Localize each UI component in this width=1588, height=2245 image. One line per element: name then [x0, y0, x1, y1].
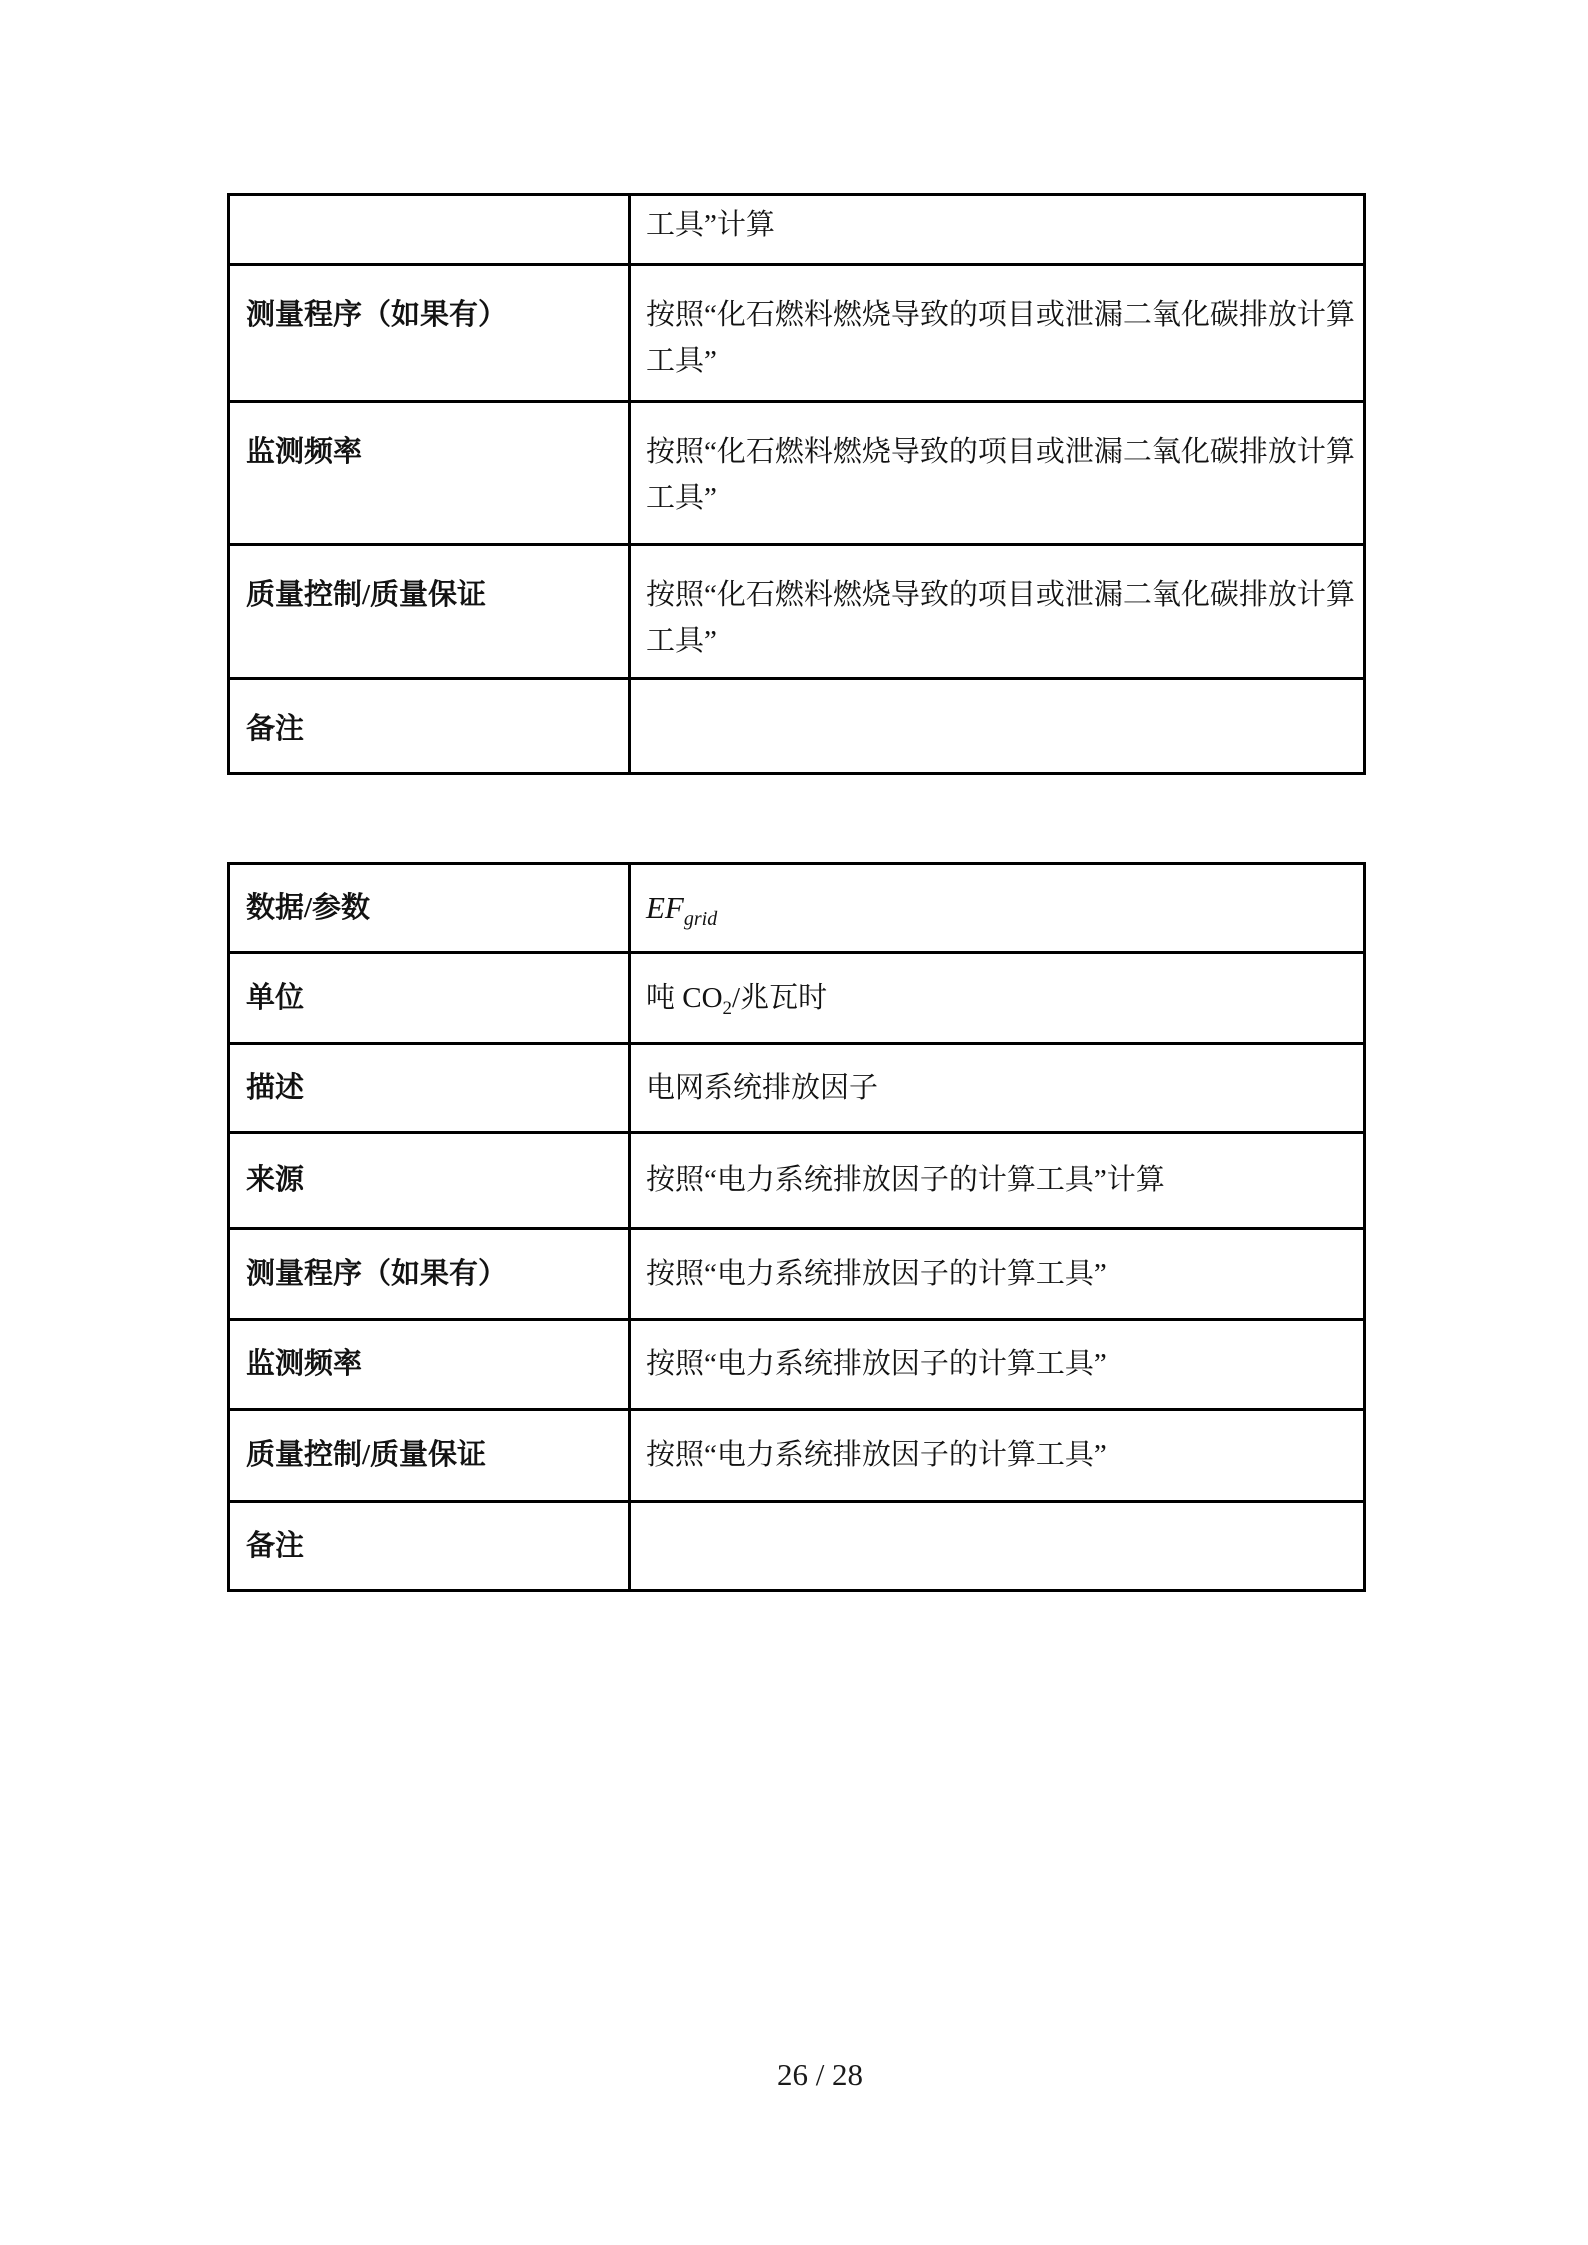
- param-value-cell: 按照“电力系统排放因子的计算工具”: [630, 1320, 1365, 1410]
- param-name-cell: 数据/参数: [229, 864, 630, 953]
- param-value-cell: [630, 679, 1365, 774]
- monitoring-table-grid-ef: 数据/参数 EFgrid 单位 吨 CO2/兆瓦时 描述 电网系统排放因子 来源…: [227, 862, 1366, 1592]
- table-row: 备注: [229, 679, 1365, 774]
- unit-subscript: 2: [723, 998, 733, 1019]
- table-row: 来源 按照“电力系统排放因子的计算工具”计算: [229, 1133, 1365, 1229]
- param-value-cell: 电网系统排放因子: [630, 1044, 1365, 1133]
- param-name-cell: 备注: [229, 679, 630, 774]
- param-name-cell: 质量控制/质量保证: [229, 1410, 630, 1502]
- param-value-cell: 按照“化石燃料燃烧导致的项目或泄漏二氧化碳排放计算 工具”: [630, 545, 1365, 679]
- param-name-cell: 监测频率: [229, 1320, 630, 1410]
- value-line: 按照“化石燃料燃烧导致的项目或泄漏二氧化碳排放计算: [646, 572, 1353, 618]
- value-line: 按照“化石燃料燃烧导致的项目或泄漏二氧化碳排放计算: [646, 292, 1353, 338]
- param-value-cell: EFgrid: [630, 864, 1365, 953]
- table-row: 描述 电网系统排放因子: [229, 1044, 1365, 1133]
- table-row: 监测频率 按照“电力系统排放因子的计算工具”: [229, 1320, 1365, 1410]
- page-number: 26 / 28: [236, 2056, 1404, 2094]
- param-name-cell: 监测频率: [229, 402, 630, 545]
- value-line: 按照“化石燃料燃烧导致的项目或泄漏二氧化碳排放计算: [646, 429, 1353, 475]
- param-name-cell: 质量控制/质量保证: [229, 545, 630, 679]
- param-name-cell: 测量程序（如果有）: [229, 1229, 630, 1320]
- param-name-cell: [229, 195, 630, 265]
- table-row: 监测频率 按照“化石燃料燃烧导致的项目或泄漏二氧化碳排放计算 工具”: [229, 402, 1365, 545]
- param-value-cell: 按照“电力系统排放因子的计算工具”计算: [630, 1133, 1365, 1229]
- param-value-cell: 按照“化石燃料燃烧导致的项目或泄漏二氧化碳排放计算 工具”: [630, 402, 1365, 545]
- table-row: 质量控制/质量保证 按照“电力系统排放因子的计算工具”: [229, 1410, 1365, 1502]
- unit-text: /兆瓦时: [732, 982, 827, 1014]
- param-value-cell: 按照“化石燃料燃烧导致的项目或泄漏二氧化碳排放计算 工具”: [630, 265, 1365, 402]
- table-row: 质量控制/质量保证 按照“化石燃料燃烧导致的项目或泄漏二氧化碳排放计算 工具”: [229, 545, 1365, 679]
- param-value-cell: 按照“电力系统排放因子的计算工具”: [630, 1229, 1365, 1320]
- value-line: 工具”: [646, 475, 1353, 521]
- table-row: 备注: [229, 1502, 1365, 1591]
- param-value-cell: 吨 CO2/兆瓦时: [630, 953, 1365, 1044]
- value-line: 工具”: [646, 618, 1353, 664]
- unit-text: 吨 CO: [646, 982, 723, 1014]
- table-row: 工具”计算: [229, 195, 1365, 265]
- monitoring-table-fossil-fuel: 工具”计算 测量程序（如果有） 按照“化石燃料燃烧导致的项目或泄漏二氧化碳排放计…: [227, 193, 1366, 775]
- table-row: 单位 吨 CO2/兆瓦时: [229, 953, 1365, 1044]
- param-name-cell: 单位: [229, 953, 630, 1044]
- param-name-cell: 来源: [229, 1133, 630, 1229]
- table-row: 数据/参数 EFgrid: [229, 864, 1365, 953]
- ef-subscript: grid: [684, 907, 717, 929]
- param-value-cell: 按照“电力系统排放因子的计算工具”: [630, 1410, 1365, 1502]
- document-page: { "table1": { "rows": [ { "label": "", "…: [0, 0, 1588, 2245]
- table-row: 测量程序（如果有） 按照“化石燃料燃烧导致的项目或泄漏二氧化碳排放计算 工具”: [229, 265, 1365, 402]
- ef-symbol: EF: [646, 890, 684, 925]
- param-value-cell: 工具”计算: [630, 195, 1365, 265]
- param-name-cell: 备注: [229, 1502, 630, 1591]
- param-name-cell: 测量程序（如果有）: [229, 265, 630, 402]
- value-line: 工具”: [646, 338, 1353, 384]
- param-name-cell: 描述: [229, 1044, 630, 1133]
- value-line: 工具”计算: [646, 202, 1353, 248]
- table-row: 测量程序（如果有） 按照“电力系统排放因子的计算工具”: [229, 1229, 1365, 1320]
- param-value-cell: [630, 1502, 1365, 1591]
